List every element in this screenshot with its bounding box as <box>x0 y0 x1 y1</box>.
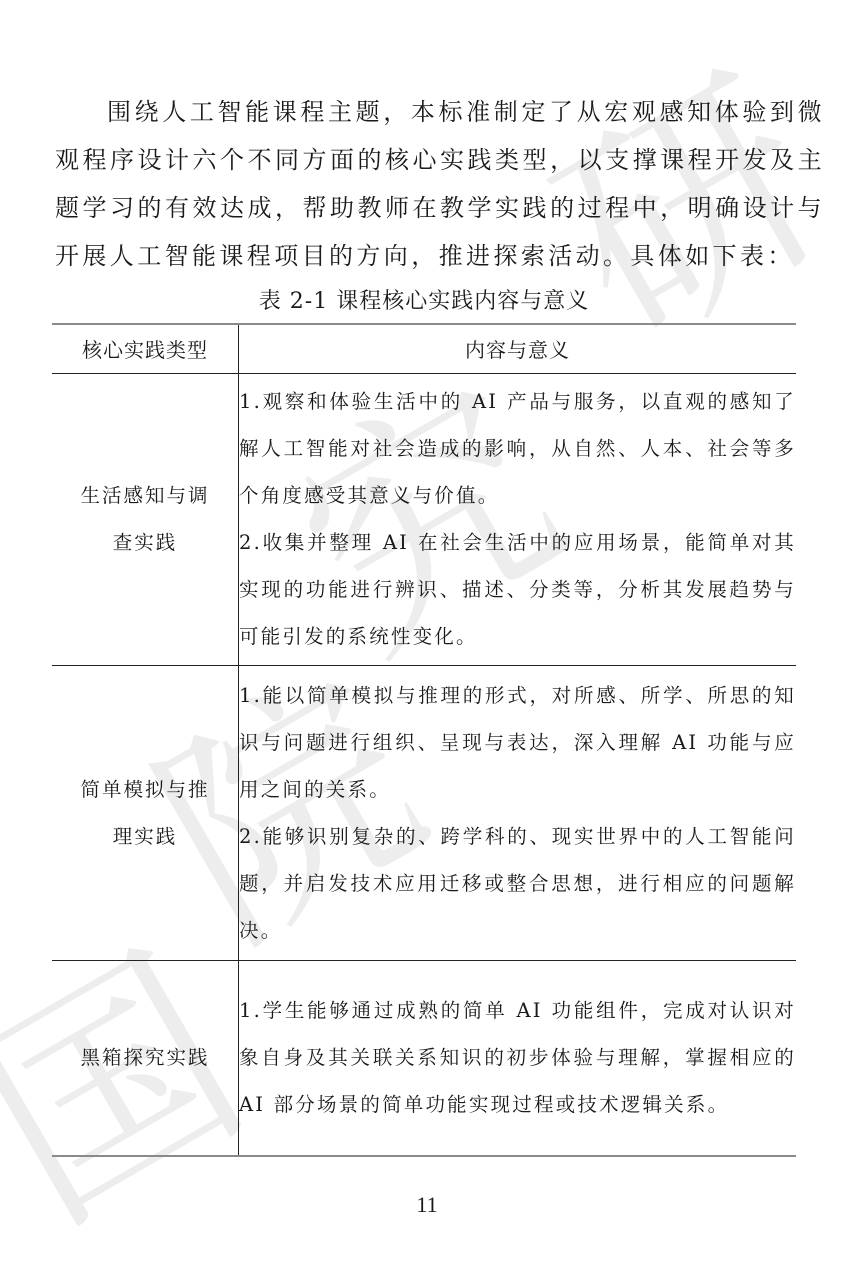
content-item: 1.学生能够通过成熟的简单 AI 功能组件，完成对认识对象自身及其关联关系知识的… <box>239 987 796 1128</box>
content-item: 2.收集并整理 AI 在社会生活中的应用场景，能简单对其实现的功能进行辨识、描述… <box>239 519 796 660</box>
intro-paragraph: 围绕人工智能课程主题，本标准制定了从宏观感知体验到微观程序设计六个不同方面的核心… <box>55 88 825 280</box>
table-row: 简单模拟与推理实践 1.能以简单模拟与推理的形式，对所感、所学、所思的知识与问题… <box>52 665 796 960</box>
practice-type-cell: 黑箱探究实践 <box>52 960 239 1156</box>
page-number: 11 <box>0 1192 854 1218</box>
content-cell: 1.观察和体验生活中的 AI 产品与服务，以直观的感知了解人工智能对社会造成的影… <box>239 373 797 665</box>
header-content-meaning: 内容与意义 <box>239 324 797 373</box>
practice-type-cell: 生活感知与调查实践 <box>52 373 239 665</box>
practice-type-label: 黑箱探究实践 <box>70 1034 220 1081</box>
table-row: 生活感知与调查实践 1.观察和体验生活中的 AI 产品与服务，以直观的感知了解人… <box>52 373 796 665</box>
table-row: 黑箱探究实践 1.学生能够通过成熟的简单 AI 功能组件，完成对认识对象自身及其… <box>52 960 796 1156</box>
table-caption: 表 2-1 课程核心实践内容与意义 <box>52 284 796 320</box>
content-cell: 1.学生能够通过成熟的简单 AI 功能组件，完成对认识对象自身及其关联关系知识的… <box>239 960 797 1156</box>
content-item: 2.能够识别复杂的、跨学科的、现实世界中的人工智能问题，并启发技术应用迁移或整合… <box>239 813 796 954</box>
content-cell: 1.能以简单模拟与推理的形式，对所感、所学、所思的知识与问题进行组织、呈现与表达… <box>239 665 797 960</box>
practice-type-label: 生活感知与调查实践 <box>70 472 220 566</box>
content-item: 1.观察和体验生活中的 AI 产品与服务，以直观的感知了解人工智能对社会造成的影… <box>239 378 796 519</box>
header-practice-type: 核心实践类型 <box>52 324 239 373</box>
content-item: 1.能以简单模拟与推理的形式，对所感、所学、所思的知识与问题进行组织、呈现与表达… <box>239 672 796 813</box>
practice-type-cell: 简单模拟与推理实践 <box>52 665 239 960</box>
practice-type-label: 简单模拟与推理实践 <box>70 766 220 860</box>
table-header-row: 核心实践类型 内容与意义 <box>52 324 796 373</box>
core-practice-table: 核心实践类型 内容与意义 生活感知与调查实践 1.观察和体验生活中的 AI 产品… <box>52 323 796 1157</box>
